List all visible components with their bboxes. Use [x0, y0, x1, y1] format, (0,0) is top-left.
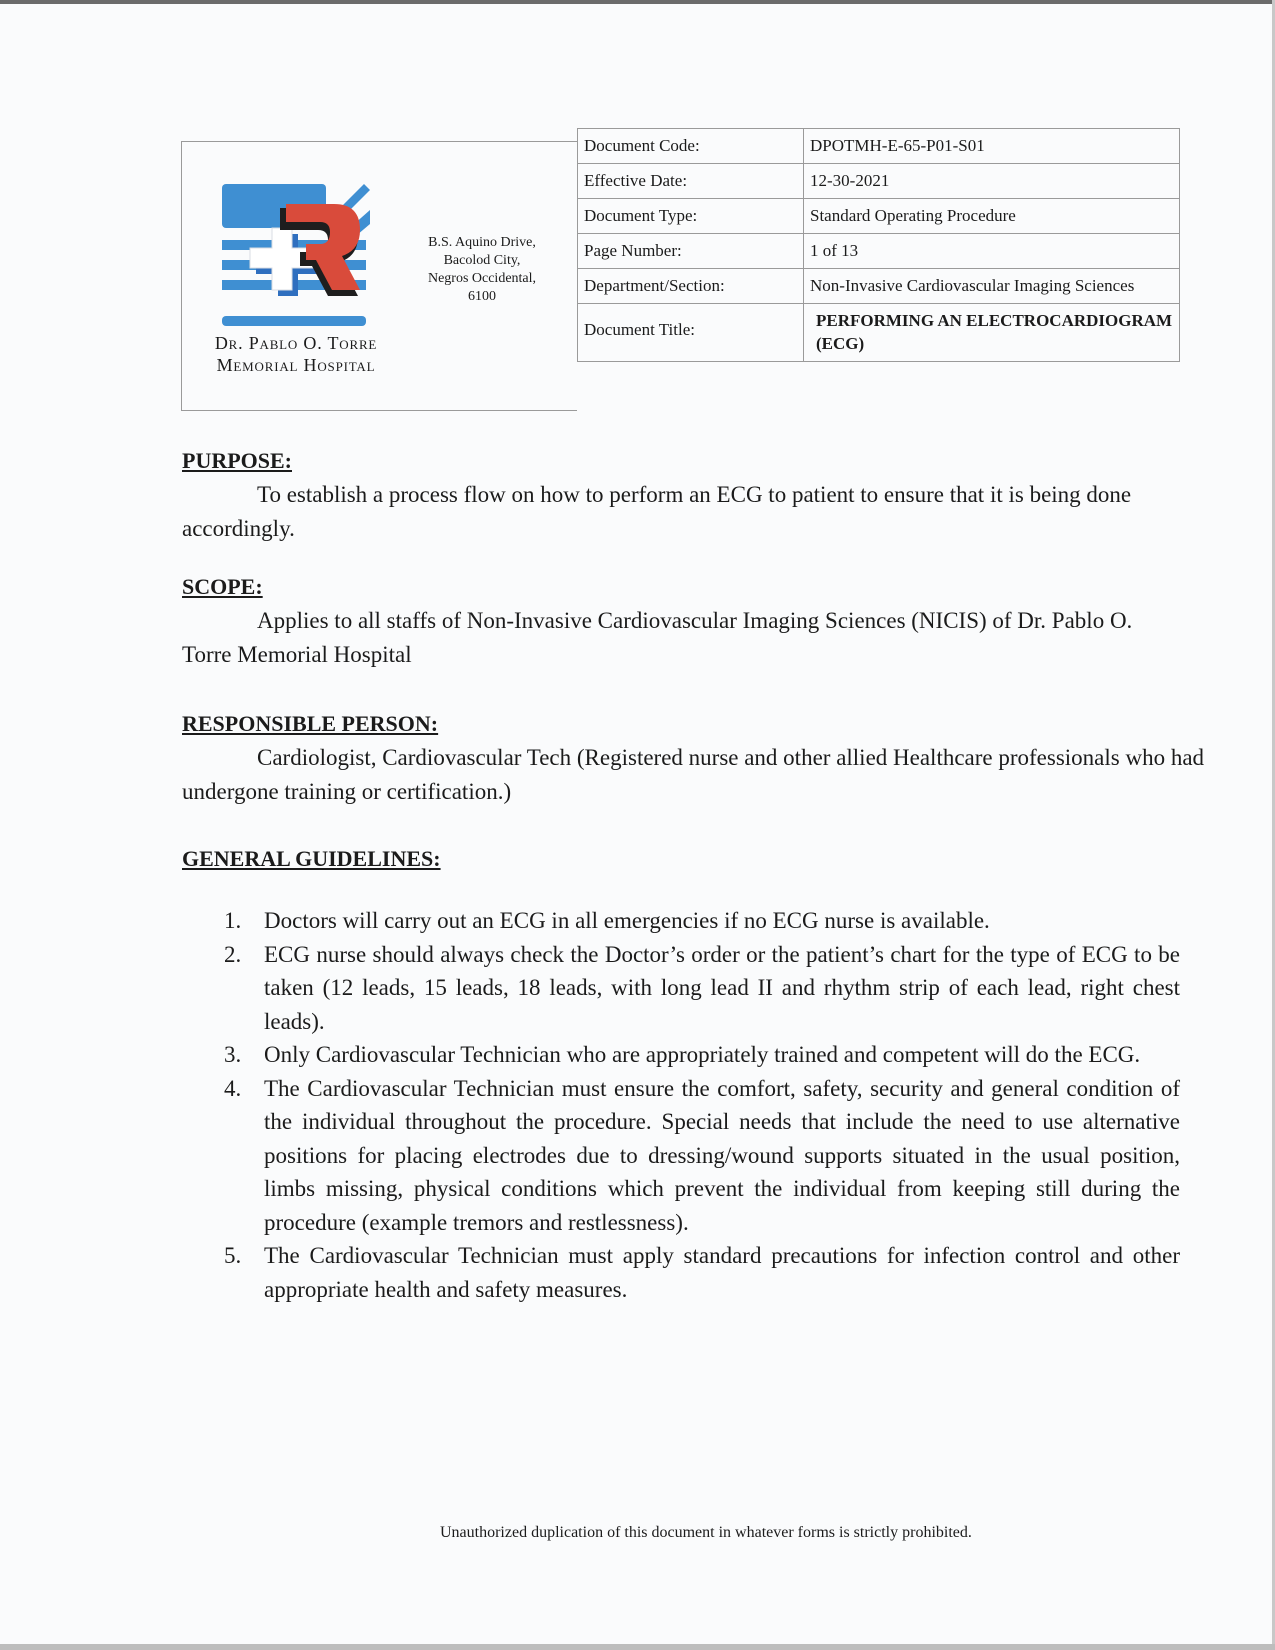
meta-row: Document Title: PERFORMING AN ELECTROCAR… — [578, 304, 1180, 362]
meta-row: Effective Date: 12-30-2021 — [578, 164, 1180, 199]
address-line: 6100 — [412, 288, 552, 306]
section-heading: GENERAL GUIDELINES: — [182, 842, 1222, 876]
meta-label: Effective Date: — [578, 164, 804, 199]
guidelines-list: 1.Doctors will carry out an ECG in all e… — [220, 904, 1180, 1306]
meta-label: Document Code: — [578, 129, 804, 164]
list-item: 4.The Cardiovascular Technician must ens… — [220, 1072, 1180, 1240]
meta-row: Department/Section: Non-Invasive Cardiov… — [578, 269, 1180, 304]
responsible-text: Cardiologist, Cardiovascular Tech (Regis… — [182, 741, 1222, 809]
list-number: 2. — [224, 938, 241, 972]
effective-date: 12-30-2021 — [804, 164, 1180, 199]
list-number: 3. — [224, 1038, 241, 1072]
page-number: 1 of 13 — [804, 234, 1180, 269]
document-code: DPOTMH-E-65-P01-S01 — [804, 129, 1180, 164]
section-heading: SCOPE: — [182, 570, 1222, 604]
scope-text: Applies to all staffs of Non-Invasive Ca… — [182, 604, 1222, 672]
section-heading: RESPONSIBLE PERSON: — [182, 707, 1222, 741]
document-page: Dr. Pablo O. Torre Memorial Hospital B.S… — [0, 4, 1272, 1644]
section-heading: PURPOSE: — [182, 444, 1222, 478]
list-number: 1. — [224, 904, 241, 938]
address-line: Bacolod City, — [412, 252, 552, 270]
meta-row: Page Number: 1 of 13 — [578, 234, 1180, 269]
list-number: 4. — [224, 1072, 241, 1106]
document-type: Standard Operating Procedure — [804, 199, 1180, 234]
footer-notice: Unauthorized duplication of this documen… — [440, 1524, 972, 1542]
list-item: 1.Doctors will carry out an ECG in all e… — [220, 904, 1180, 938]
address-line: Negros Occidental, — [412, 270, 552, 288]
meta-row: Document Code: DPOTMH-E-65-P01-S01 — [578, 129, 1180, 164]
guidelines-section: GENERAL GUIDELINES: — [182, 842, 1222, 876]
address-line: B.S. Aquino Drive, — [412, 234, 552, 252]
list-item-text: Only Cardiovascular Technician who are a… — [264, 1042, 1140, 1067]
list-number: 5. — [224, 1239, 241, 1273]
list-item-text: The Cardiovascular Technician must ensur… — [264, 1076, 1180, 1235]
document-title: PERFORMING AN ELECTROCARDIOGRAM (ECG) — [804, 304, 1180, 362]
hospital-name-line1: Dr. Pablo O. Torre — [182, 332, 410, 354]
list-item: 3.Only Cardiovascular Technician who are… — [220, 1038, 1180, 1072]
responsible-person-section: RESPONSIBLE PERSON: Cardiologist, Cardio… — [182, 707, 1222, 809]
list-item-text: ECG nurse should always check the Doctor… — [264, 942, 1180, 1034]
meta-label: Document Type: — [578, 199, 804, 234]
list-item: 5.The Cardiovascular Technician must app… — [220, 1239, 1180, 1306]
purpose-section: PURPOSE: To establish a process flow on … — [182, 444, 1222, 546]
scan-edge-bottom — [0, 1644, 1275, 1650]
hospital-name: Dr. Pablo O. Torre Memorial Hospital — [182, 332, 410, 376]
document-header: Dr. Pablo O. Torre Memorial Hospital B.S… — [181, 141, 577, 411]
list-item-text: Doctors will carry out an ECG in all eme… — [264, 908, 990, 933]
list-item: 2.ECG nurse should always check the Doct… — [220, 938, 1180, 1039]
meta-label: Page Number: — [578, 234, 804, 269]
hospital-address: B.S. Aquino Drive, Bacolod City, Negros … — [412, 234, 552, 306]
department-section: Non-Invasive Cardiovascular Imaging Scie… — [804, 269, 1180, 304]
purpose-text: To establish a process flow on how to pe… — [182, 478, 1222, 546]
meta-row: Document Type: Standard Operating Proced… — [578, 199, 1180, 234]
hospital-name-line2: Memorial Hospital — [182, 354, 410, 376]
scope-section: SCOPE: Applies to all staffs of Non-Inva… — [182, 570, 1222, 672]
meta-label: Document Title: — [578, 304, 804, 362]
document-metadata-table: Document Code: DPOTMH-E-65-P01-S01 Effec… — [577, 128, 1180, 362]
meta-label: Department/Section: — [578, 269, 804, 304]
hospital-logo-icon — [218, 180, 370, 328]
list-item-text: The Cardiovascular Technician must apply… — [264, 1243, 1180, 1302]
